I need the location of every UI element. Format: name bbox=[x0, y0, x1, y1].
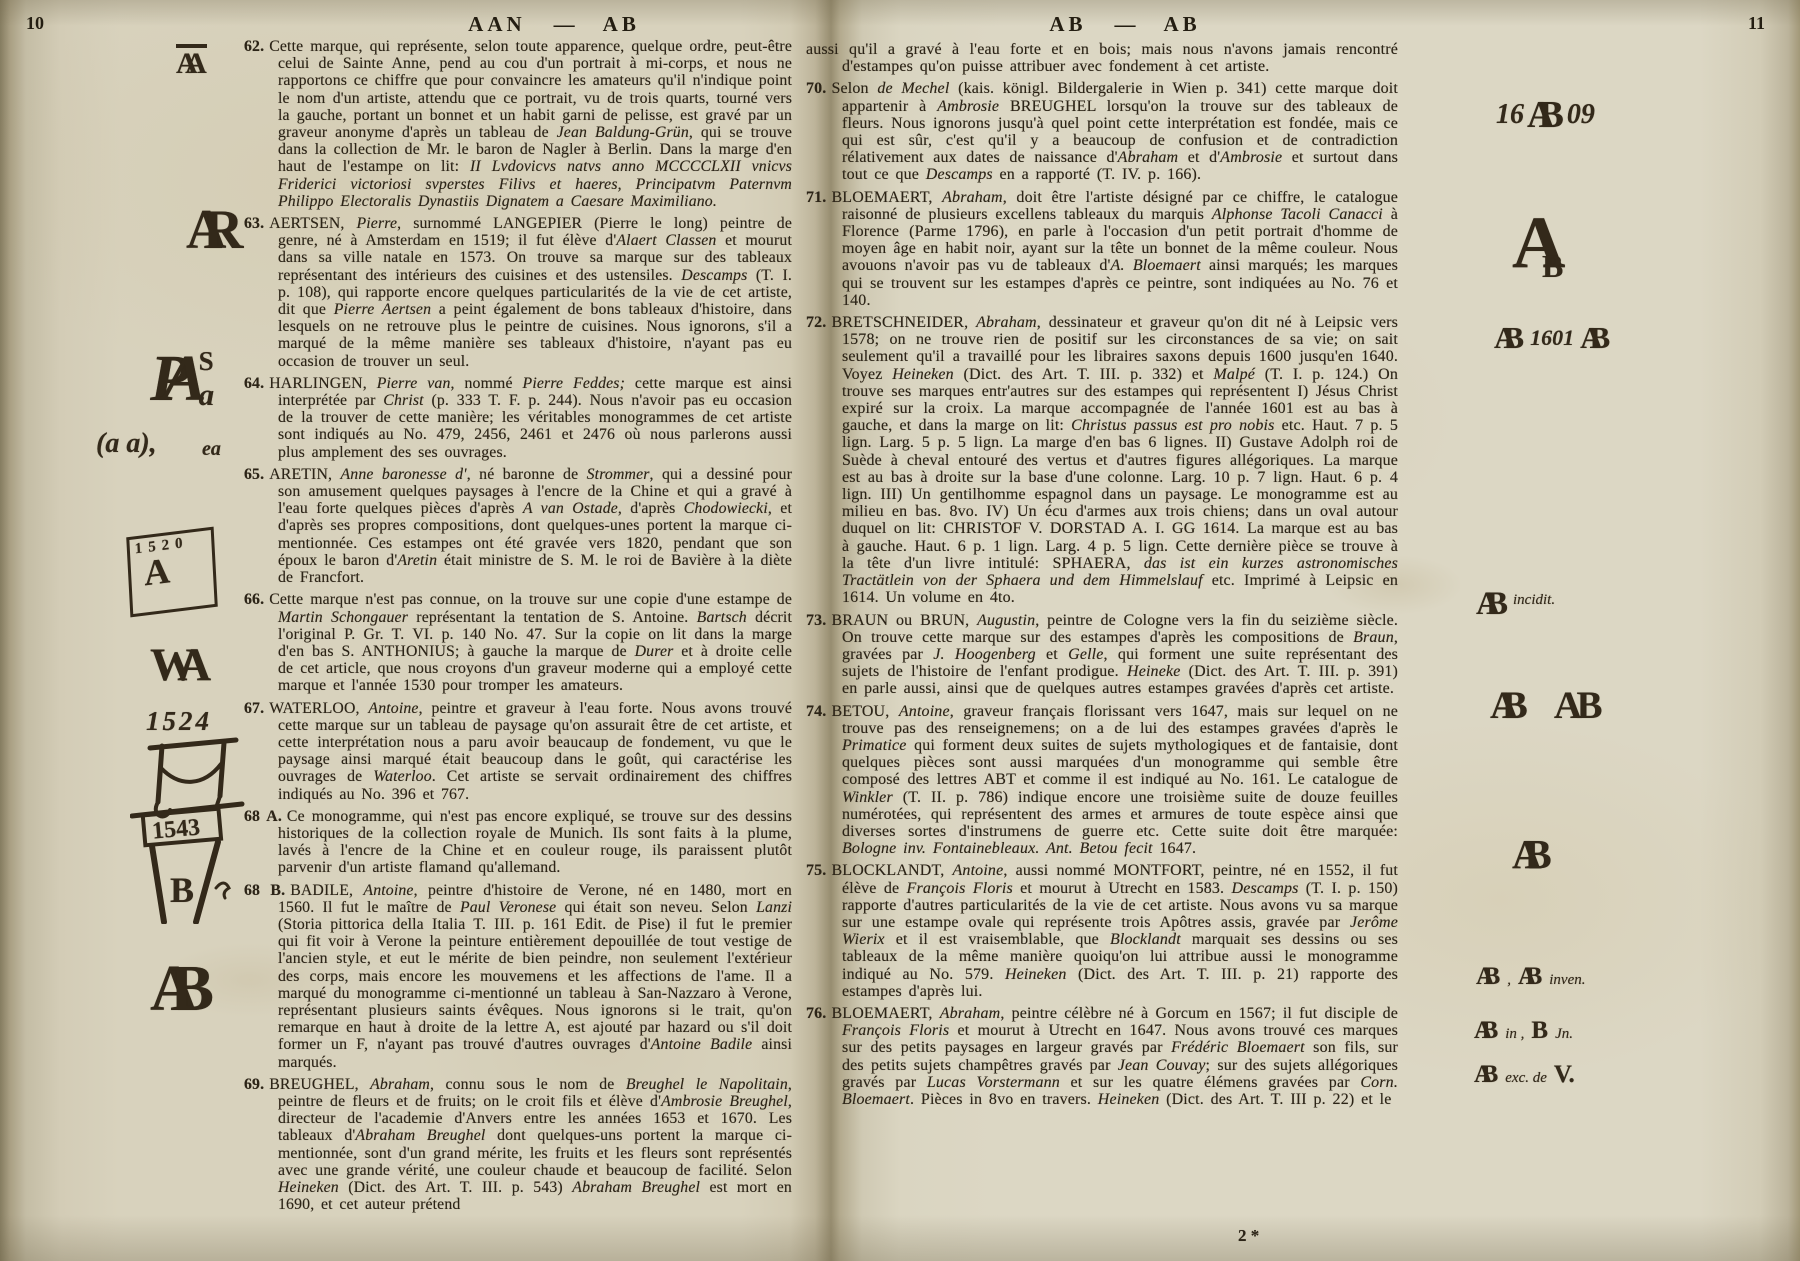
entry-number: 74. bbox=[806, 703, 831, 720]
monogram-72-icon: AB 1601 AB bbox=[1494, 322, 1610, 353]
page-number-left: 10 bbox=[26, 13, 44, 34]
monogram-62-icon: AA bbox=[176, 44, 207, 81]
monogram-74-icon: AB AB bbox=[1490, 686, 1603, 725]
entry-number: 65. bbox=[244, 466, 269, 483]
page-number-right: 11 bbox=[1748, 13, 1765, 34]
entry-number: 66. bbox=[244, 591, 269, 608]
running-head-right: AB — AB bbox=[845, 12, 1405, 37]
svg-text:1543: 1543 bbox=[151, 814, 201, 844]
entry-number: 68 B. bbox=[244, 882, 290, 899]
entry-69cont: aussi qu'il a gravé à l'eau forte et en … bbox=[806, 41, 1398, 75]
text-column-left: 62.Cette marque, qui représente, selon t… bbox=[244, 38, 792, 1218]
entry-71: 71.BLOEMAERT, Abraham, doit être l'artis… bbox=[806, 189, 1398, 309]
monogram-69-icon: AB bbox=[150, 956, 214, 1022]
monogram-66-icon: 1520 A bbox=[126, 527, 218, 618]
monogram-68a-year: 1524 bbox=[146, 706, 212, 737]
book-scan-spread: { "left_page": { "page_number": "10", "r… bbox=[0, 0, 1800, 1261]
monogram-76-row1-icon: AB , AB inven. bbox=[1476, 964, 1585, 989]
entry-number: 73. bbox=[806, 612, 831, 629]
monogram-63-icon: AR bbox=[186, 202, 243, 258]
entry-70: 70.Selon de Mechel (kais. königl. Bilder… bbox=[806, 80, 1398, 183]
entry-65: 65.ARETIN, Anne baronesse d', né baronne… bbox=[244, 466, 792, 586]
entry-66: 66.Cette marque n'est pas connue, on la … bbox=[244, 591, 792, 694]
running-head-dash: — bbox=[1115, 12, 1136, 37]
monogram-65-icon: (a a), bbox=[96, 428, 157, 460]
entry-72: 72.BRETSCHNEIDER, Abraham, dessinateur e… bbox=[806, 314, 1398, 606]
entry-number: 70. bbox=[806, 80, 831, 97]
monogram-68b-icon: 1543 B bbox=[130, 796, 246, 929]
entry-68a: 68 A.Ce monogramme, qui n'est pas encore… bbox=[244, 808, 792, 877]
entry-number: 67. bbox=[244, 700, 269, 717]
entry-63: 63.AERTSEN, Pierre, surnommé LANGEPIER (… bbox=[244, 215, 792, 370]
sheet-signature: 2 * bbox=[1238, 1226, 1259, 1246]
entry-73: 73.BRAUN ou BRUN, Augustin, peintre de C… bbox=[806, 612, 1398, 698]
entry-number: 75. bbox=[806, 862, 831, 879]
entry-number: 64. bbox=[244, 375, 269, 392]
monogram-64-icon: PA S a bbox=[150, 346, 214, 412]
monogram-65-small-icon: ea bbox=[202, 438, 221, 461]
entry-64: 64.HARLINGEN, Pierre van, nommé Pierre F… bbox=[244, 375, 792, 461]
entry-number: 63. bbox=[244, 215, 269, 232]
running-head-right-word2: AB bbox=[1164, 12, 1201, 37]
entry-75: 75.BLOCKLANDT, Antoine, aussi nommé MONT… bbox=[806, 862, 1398, 1000]
monogram-75-icon: AB bbox=[1512, 834, 1552, 875]
running-head-left-word1: AAN bbox=[468, 12, 526, 37]
entry-number: 72. bbox=[806, 314, 831, 331]
entry-67: 67.WATERLOO, Antoine, peintre et graveur… bbox=[244, 700, 792, 803]
monogram-70-icon: 16 AB 09 bbox=[1496, 96, 1595, 134]
svg-text:B: B bbox=[170, 870, 194, 910]
running-head-right-word1: AB bbox=[1049, 12, 1086, 37]
monogram-76-row3-icon: AB exc. de V. bbox=[1474, 1062, 1575, 1087]
entry-69: 69.BREUGHEL, Abraham, connu sous le nom … bbox=[244, 1076, 792, 1214]
running-head-left: AAN — AB bbox=[284, 12, 824, 37]
entry-68b: 68 B.BADILE, Antoine, peintre d'histoire… bbox=[244, 882, 792, 1071]
entry-number: 76. bbox=[806, 1005, 831, 1022]
entry-number: 69. bbox=[244, 1076, 269, 1093]
entry-number: 62. bbox=[244, 38, 269, 55]
text-column-right: aussi qu'il a gravé à l'eau forte et en … bbox=[806, 41, 1398, 1113]
running-head-dash: — bbox=[554, 12, 575, 37]
entry-number: 71. bbox=[806, 189, 831, 206]
monogram-67-icon: WA bbox=[150, 642, 211, 689]
entry-76: 76.BLOEMAERT, Abraham, peintre célèbre n… bbox=[806, 1005, 1398, 1108]
monogram-76-row2-icon: AB in , B Jn. bbox=[1474, 1018, 1573, 1043]
monogram-73-icon: AB incidit. bbox=[1476, 588, 1555, 621]
entry-number: 68 A. bbox=[244, 808, 287, 825]
running-head-left-word2: AB bbox=[603, 12, 640, 37]
entry-62: 62.Cette marque, qui représente, selon t… bbox=[244, 38, 792, 210]
monogram-71-icon: A B bbox=[1512, 206, 1598, 296]
entry-74: 74.BETOU, Antoine, graveur français flor… bbox=[806, 703, 1398, 858]
